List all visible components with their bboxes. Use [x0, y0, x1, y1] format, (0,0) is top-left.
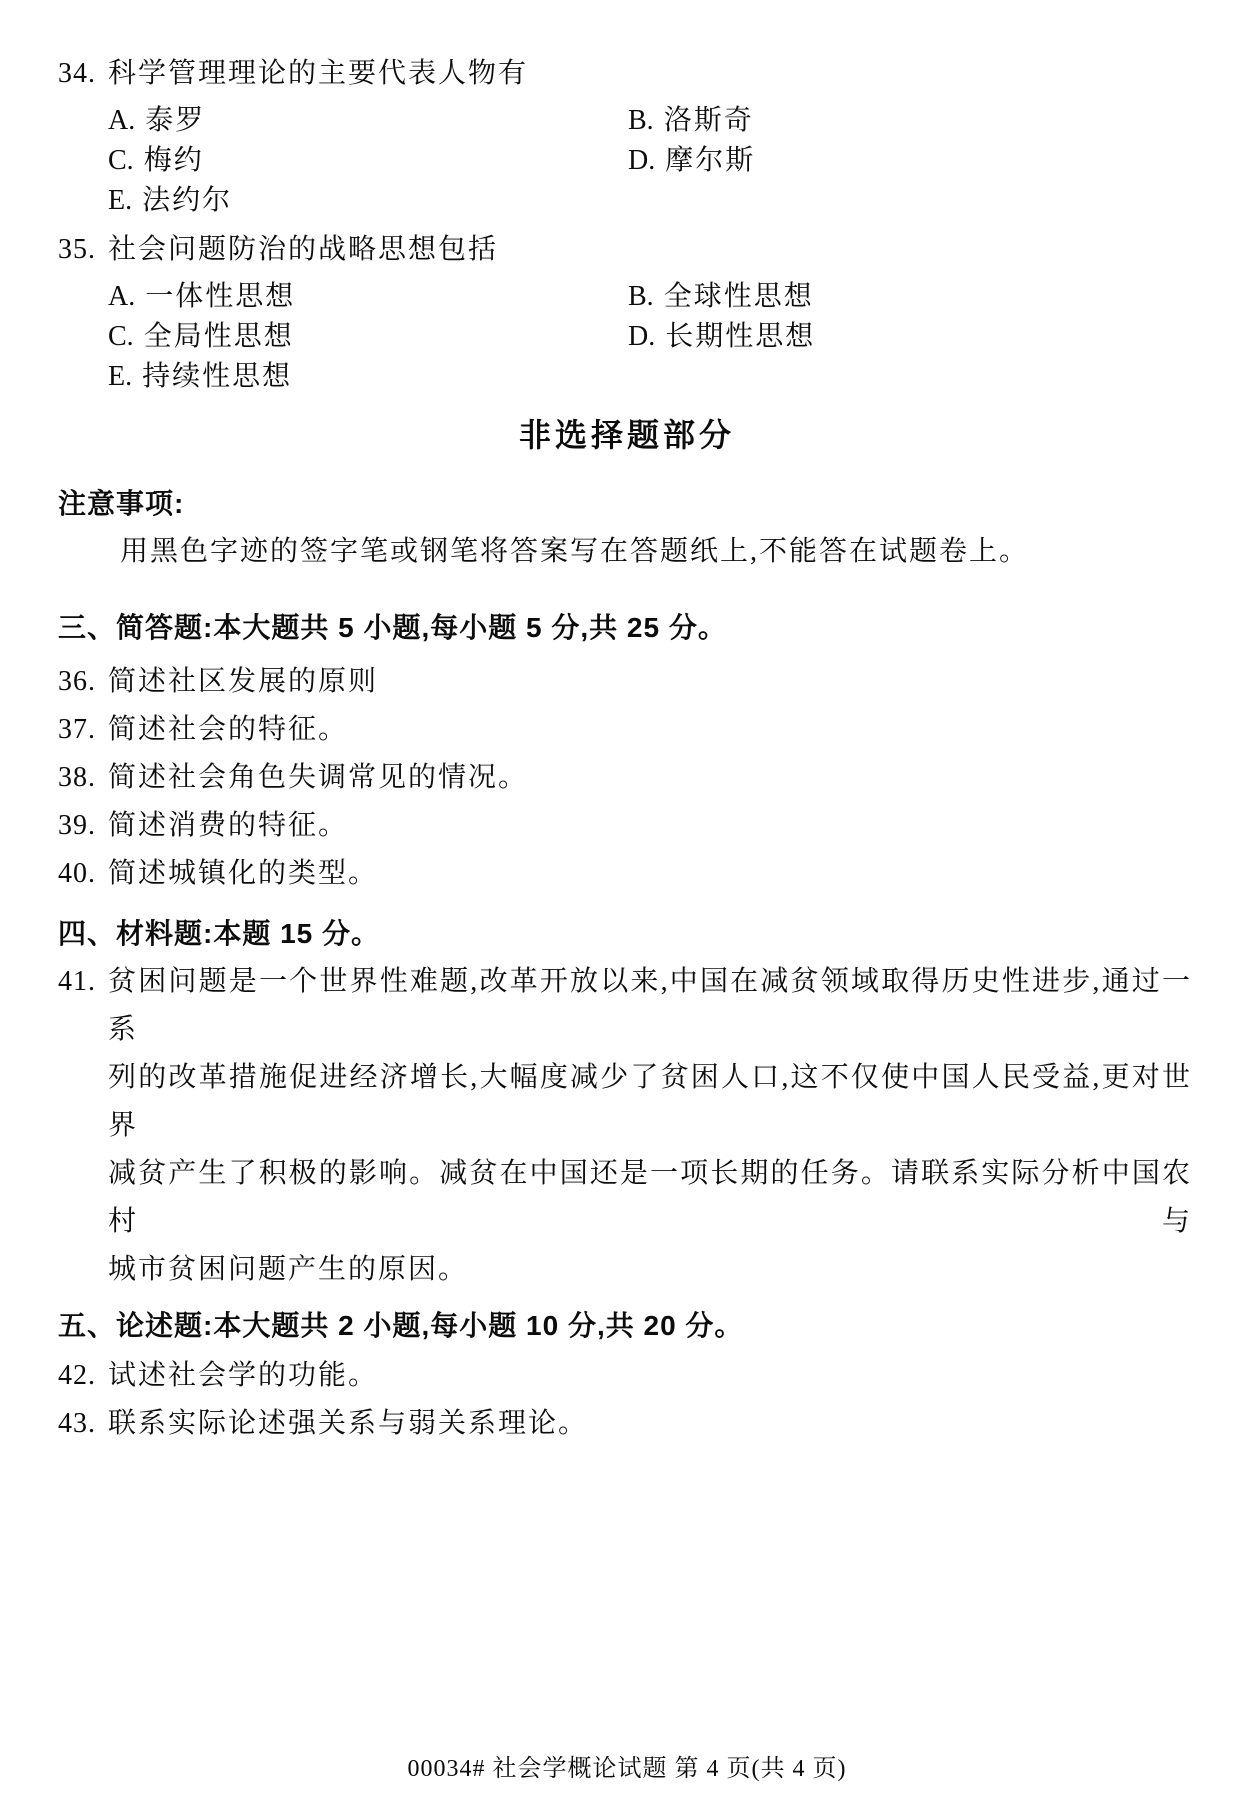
question-42: 42.试述社会学的功能。 [0, 1352, 1254, 1400]
question-34-options-cd: C.梅约 D.摩尔斯 [0, 138, 1254, 178]
option-text: 持续性思想 [142, 361, 292, 392]
question-35-options-cd: C.全局性思想 D.长期性思想 [0, 314, 1254, 354]
option-text: 长期性思想 [665, 321, 815, 352]
question-41-line-1: 41. 贫困问题是一个世界性难题,改革开放以来,中国在减贫领域取得历史性进步,通… [0, 958, 1254, 1054]
option-a: A.一体性思想 [108, 274, 628, 314]
section-5-header: 五、论述题:本大题共 2 小题,每小题 10 分,共 20 分。 [0, 1302, 1254, 1350]
material-line: 贫困问题是一个世界性难题,改革开放以来,中国在减贫领域取得历史性进步,通过一系 [108, 958, 1192, 1054]
option-text: 一体性思想 [145, 281, 295, 312]
question-41-line-2: 列的改革措施促进经济增长,大幅度减少了贫困人口,这不仅使中国人民受益,更对世界 [0, 1054, 1254, 1150]
question-34: 34.科学管理理论的主要代表人物有 [0, 50, 1254, 98]
question-35-options-ab: A.一体性思想 B.全球性思想 [0, 274, 1254, 314]
option-b: B.洛斯奇 [628, 98, 754, 138]
question-text: 简述消费的特征。 [108, 810, 348, 841]
question-number: 43. [58, 1400, 108, 1448]
question-number: 36. [58, 658, 108, 706]
option-text: 泰罗 [145, 105, 205, 136]
question-text: 试述社会学的功能。 [108, 1360, 378, 1391]
option-label: E. [108, 361, 132, 393]
question-number: 38. [58, 754, 108, 802]
option-label: C. [108, 145, 134, 177]
section-3-header: 三、简答题:本大题共 5 小题,每小题 5 分,共 25 分。 [0, 604, 1254, 652]
question-stem: 社会问题防治的战略思想包括 [108, 234, 498, 265]
question-number: 35. [58, 226, 108, 274]
option-label: D. [628, 321, 655, 353]
option-d: D.摩尔斯 [628, 138, 755, 178]
option-text: 法约尔 [142, 185, 232, 216]
option-label: D. [628, 145, 655, 177]
exam-page: 34.科学管理理论的主要代表人物有 A.泰罗 B.洛斯奇 C.梅约 D.摩尔斯 … [0, 0, 1254, 1811]
section-4-header: 四、材料题:本题 15 分。 [0, 910, 1254, 958]
option-text: 全局性思想 [144, 321, 294, 352]
option-label: B. [628, 281, 654, 313]
question-text: 联系实际论述强关系与弱关系理论。 [108, 1408, 588, 1439]
question-number: 34. [58, 50, 108, 98]
option-e: E.法约尔 [108, 178, 232, 218]
question-number: 42. [58, 1352, 108, 1400]
question-35-option-e: E.持续性思想 [0, 354, 1254, 394]
question-number: 39. [58, 802, 108, 850]
option-text: 全球性思想 [664, 281, 814, 312]
material-line: 列的改革措施促进经济增长,大幅度减少了贫困人口,这不仅使中国人民受益,更对世界 [108, 1054, 1192, 1150]
question-41-line-3: 减贫产生了积极的影响。减贫在中国还是一项长期的任务。请联系实际分析中国农村与 [0, 1150, 1254, 1246]
question-36: 36.简述社区发展的原则 [0, 658, 1254, 706]
option-c: C.梅约 [108, 138, 628, 178]
option-label: B. [628, 105, 654, 137]
notice-label: 注意事项: [0, 480, 1254, 528]
question-41-line-4: 城市贫困问题产生的原因。 [0, 1246, 1254, 1294]
option-e: E.持续性思想 [108, 354, 292, 394]
notice-text: 用黑色字迹的签字笔或钢笔将答案写在答题纸上,不能答在试题卷上。 [0, 528, 1254, 576]
material-line: 减贫产生了积极的影响。减贫在中国还是一项长期的任务。请联系实际分析中国农村与 [108, 1150, 1192, 1246]
option-text: 摩尔斯 [665, 145, 755, 176]
option-text: 洛斯奇 [664, 105, 754, 136]
question-38: 38.简述社会角色失调常见的情况。 [0, 754, 1254, 802]
option-label: A. [108, 281, 135, 313]
question-number: 37. [58, 706, 108, 754]
option-a: A.泰罗 [108, 98, 628, 138]
option-label: C. [108, 321, 134, 353]
option-c: C.全局性思想 [108, 314, 628, 354]
question-text: 简述社会的特征。 [108, 714, 348, 745]
question-39: 39.简述消费的特征。 [0, 802, 1254, 850]
question-37: 37.简述社会的特征。 [0, 706, 1254, 754]
section-title: 非选择题部分 [0, 406, 1254, 464]
question-35: 35.社会问题防治的战略思想包括 [0, 226, 1254, 274]
question-text: 简述社会角色失调常见的情况。 [108, 762, 528, 793]
option-d: D.长期性思想 [628, 314, 815, 354]
question-34-option-e: E.法约尔 [0, 178, 1254, 218]
option-label: A. [108, 105, 135, 137]
option-b: B.全球性思想 [628, 274, 814, 314]
question-number: 40. [58, 850, 108, 898]
material-line: 城市贫困问题产生的原因。 [108, 1246, 1192, 1294]
question-text: 简述城镇化的类型。 [108, 858, 378, 889]
question-34-options-ab: A.泰罗 B.洛斯奇 [0, 98, 1254, 138]
question-text: 简述社区发展的原则 [108, 666, 378, 697]
question-number: 41. [58, 958, 96, 1006]
page-footer: 00034# 社会学概论试题 第 4 页(共 4 页) [0, 1748, 1254, 1783]
question-43: 43.联系实际论述强关系与弱关系理论。 [0, 1400, 1254, 1448]
option-text: 梅约 [144, 145, 204, 176]
question-stem: 科学管理理论的主要代表人物有 [108, 58, 528, 89]
option-label: E. [108, 185, 132, 217]
question-40: 40.简述城镇化的类型。 [0, 850, 1254, 898]
